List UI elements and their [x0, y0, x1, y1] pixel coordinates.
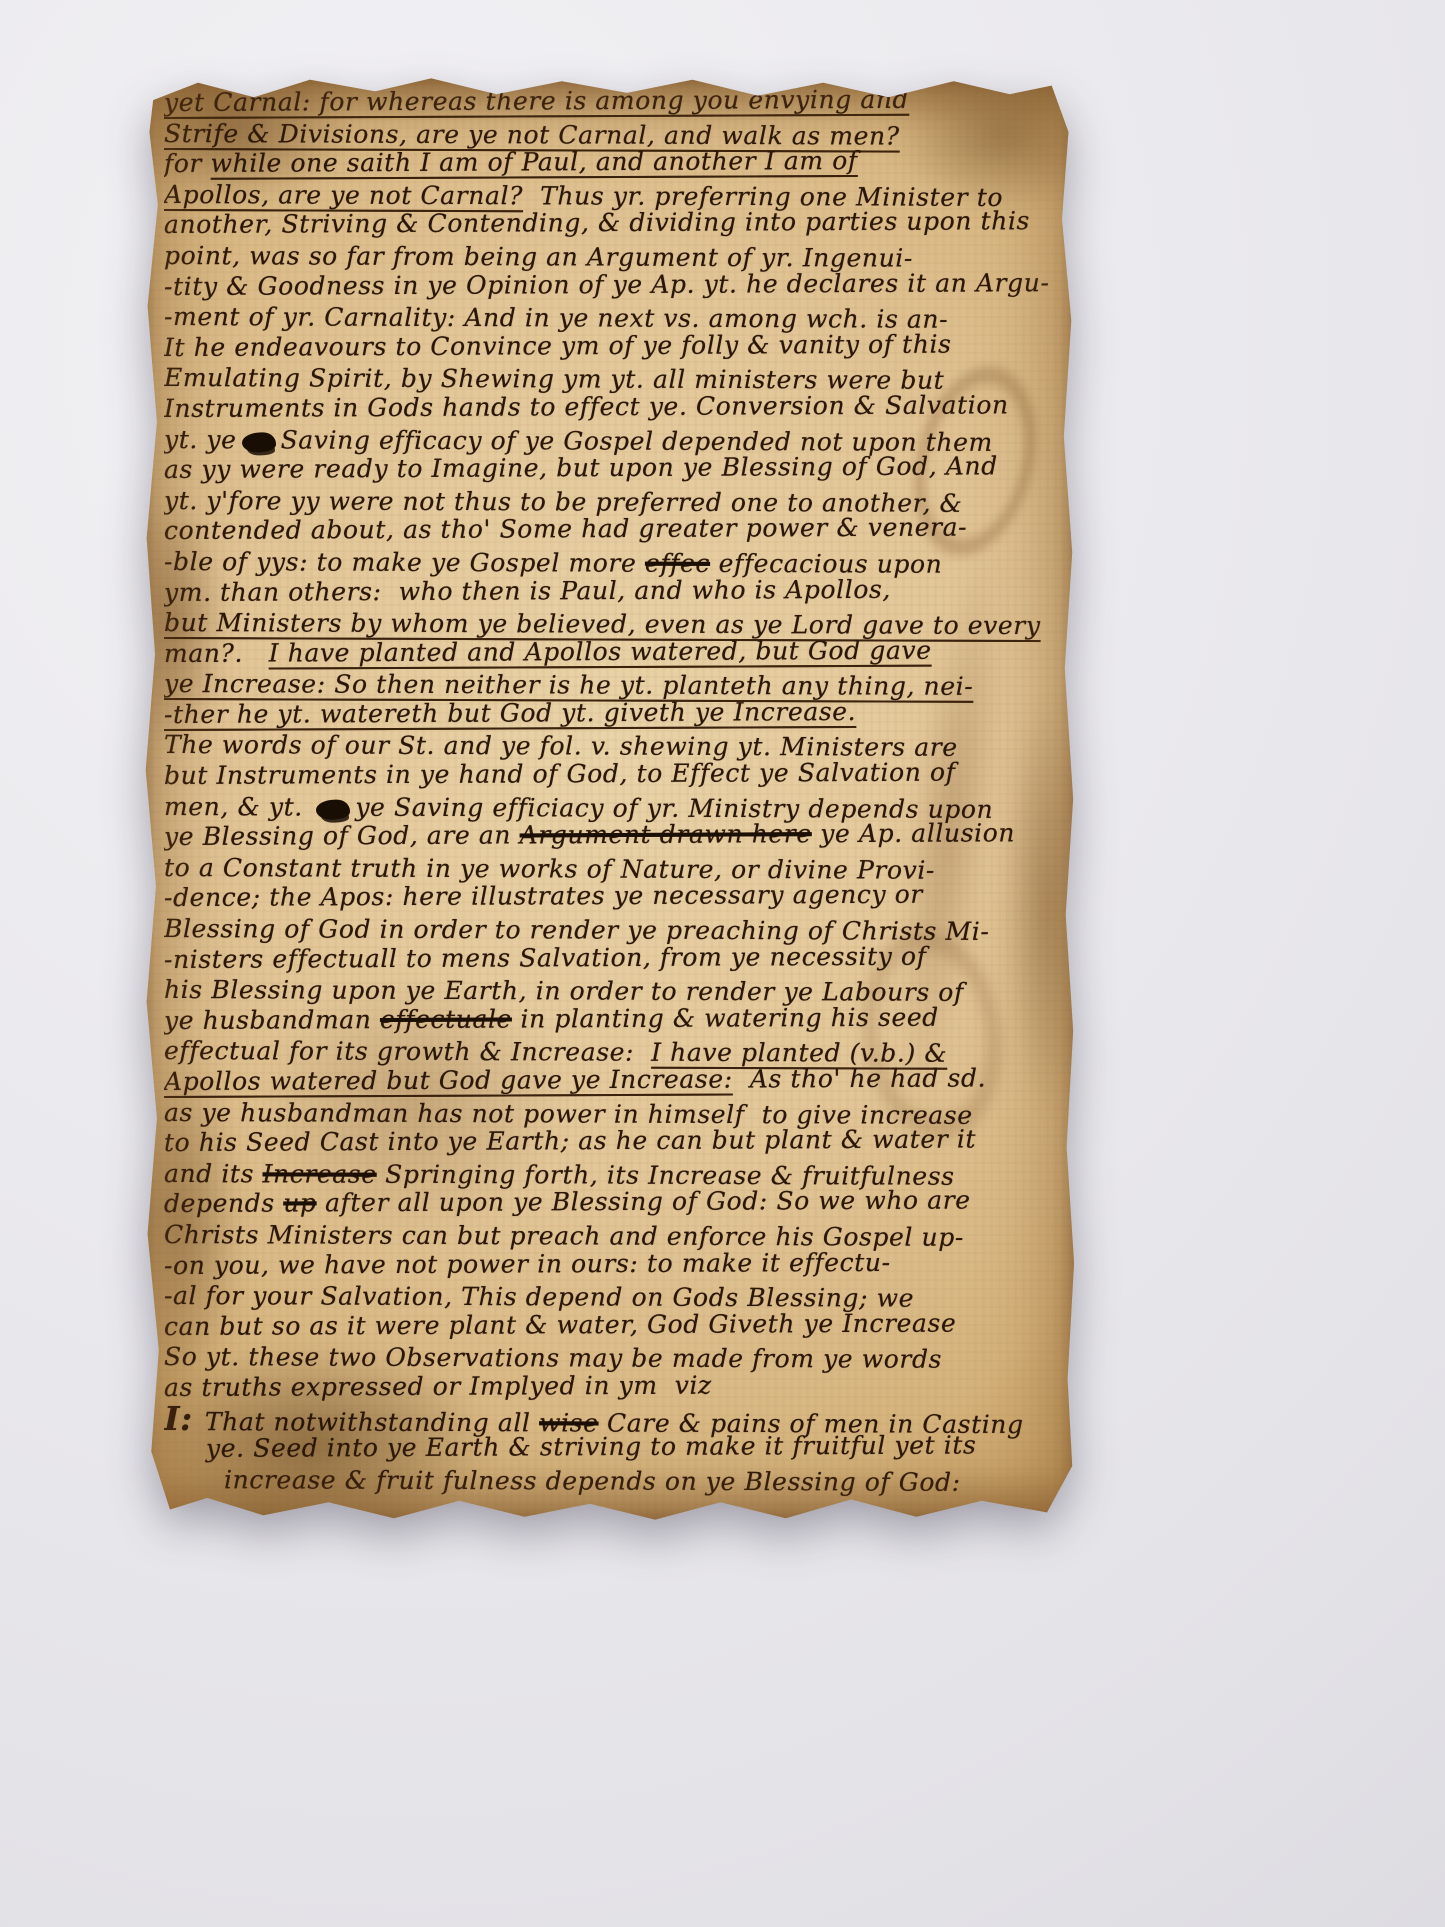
handwritten-segment: effec — [645, 549, 710, 578]
handwritten-segment: as yy were ready to Imagine, but upon ye… — [164, 451, 998, 484]
manuscript-line: yet Carnal: for whereas there is among y… — [164, 88, 1071, 119]
handwritten-segment: after all upon ye Blessing of God: So we… — [317, 1186, 971, 1218]
handwritten-segment: As tho' he had sd. — [733, 1063, 986, 1093]
handwritten-segment: increase & fruit fulness depends on ye B… — [224, 1465, 961, 1497]
manuscript-line: ye. Seed into ye Earth & striving to mak… — [164, 1430, 1071, 1465]
handwritten-segment: Apollos, are ye not Carnal? — [164, 180, 523, 210]
handwritten-segment: -al for your Salvation, This depend on G… — [164, 1281, 914, 1313]
manuscript-line: -ther he yt. watereth but God yt. giveth… — [164, 696, 1071, 731]
manuscript-line: but Instruments in ye hand of God, to Ef… — [164, 757, 1071, 792]
handwritten-segment: ye Ap. allusion — [812, 819, 1015, 849]
manuscript-page: yet Carnal: for whereas there is among y… — [142, 74, 1075, 1524]
handwritten-segment: and its — [164, 1159, 263, 1188]
manuscript-page-wrap: yet Carnal: for whereas there is among y… — [142, 74, 1075, 1524]
handwritten-segment: can but so as it were plant & water, God… — [164, 1308, 956, 1340]
handwritten-segment: in planting & watering his seed — [512, 1002, 939, 1033]
handwritten-segment: man?. — [164, 638, 269, 667]
handwritten-segment: to his Seed Cast into ye Earth; as he ca… — [164, 1125, 976, 1158]
manuscript-line: ye Blessing of God, are an Argument draw… — [164, 818, 1071, 853]
handwritten-segment: -ble of yys: to make ye Gospel more — [164, 547, 645, 578]
manuscript-line: ye husbandman effectuale in planting & w… — [164, 1002, 1071, 1037]
handwritten-segment: contended about, as tho' Some had greate… — [164, 513, 967, 546]
handwritten-segment: Apollos watered but God gave ye Increase… — [164, 1065, 733, 1096]
handwritten-segment: I: — [164, 1399, 205, 1438]
ink-blot-icon — [242, 431, 276, 451]
manuscript-line: to his Seed Cast into ye Earth; as he ca… — [164, 1124, 1071, 1159]
handwritten-segment: -on you, we have not power in ours: to m… — [164, 1247, 891, 1279]
handwritten-segment: Argument drawn here — [520, 819, 812, 849]
manuscript-line: can but so as it were plant & water, God… — [164, 1308, 1071, 1343]
ink-blot-icon — [316, 799, 350, 819]
photo-background: yet Carnal: for whereas there is among y… — [0, 0, 1445, 1927]
handwritten-segment: -nisters effectuall to mens Salvation, f… — [164, 941, 927, 973]
handwritten-segment: while one saith I am of Paul, and anothe… — [211, 146, 858, 178]
manuscript-line: -nisters effectuall to mens Salvation, f… — [164, 941, 1071, 976]
handwritten-segment: Increase — [263, 1159, 377, 1188]
manuscript-line: Instruments in Gods hands to effect ye. … — [164, 390, 1071, 425]
handwritten-segment: for — [164, 149, 211, 178]
handwritten-segment: ye Blessing of God, are an — [164, 821, 520, 852]
handwritten-segment: -ther he yt. watereth but God yt. giveth… — [164, 697, 856, 729]
handwritten-segment: It he endeavours to Convince ym of ye fo… — [164, 329, 952, 361]
manuscript-line: It he endeavours to Convince ym of ye fo… — [164, 329, 1071, 364]
handwritten-segment: I have planted and Apollos watered, but … — [269, 635, 932, 667]
handwritten-segment: ym. than others: who then is Paul, and w… — [164, 574, 891, 606]
manuscript-line: ym. than others: who then is Paul, and w… — [164, 574, 1071, 609]
manuscript-line: as yy were ready to Imagine, but upon ye… — [164, 451, 1071, 486]
handwritten-segment: as truths expressed or Implyed in ym viz — [164, 1371, 712, 1402]
manuscript-line: man?. I have planted and Apollos watered… — [164, 635, 1071, 670]
handwritten-segment: effectuale — [380, 1004, 512, 1034]
handwritten-segment: ye husbandman — [164, 1005, 380, 1035]
handwritten-segment: -dence; the Apos: here illustrates ye ne… — [164, 880, 923, 912]
handwritten-segment: but Instruments in ye hand of God, to Ef… — [164, 758, 956, 790]
manuscript-line: -dence; the Apos: here illustrates ye ne… — [164, 879, 1071, 914]
manuscript-line: -on you, we have not power in ours: to m… — [164, 1247, 1071, 1282]
manuscript-line: Apollos watered but God gave ye Increase… — [164, 1063, 1071, 1098]
manuscript-line: contended about, as tho' Some had greate… — [164, 512, 1071, 547]
manuscript-line: for while one saith I am of Paul, and an… — [164, 145, 1071, 180]
handwritten-segment: point, was so far from being an Argument… — [164, 241, 913, 273]
handwritten-segment: yt. ye — [164, 425, 237, 454]
manuscript-line: increase & fruit fulness depends on ye B… — [164, 1465, 1071, 1499]
manuscript-text: yet Carnal: for whereas there is among y… — [164, 88, 1071, 1516]
handwritten-segment: effectual for its growth & Increase: — [164, 1036, 651, 1067]
handwritten-segment: another, Striving & Contending, & dividi… — [164, 207, 1030, 240]
handwritten-segment: up — [283, 1189, 316, 1218]
handwritten-segment: Christs Ministers can but preach and enf… — [164, 1220, 964, 1252]
handwritten-segment: -tity & Goodness in ye Opinion of ye Ap.… — [164, 268, 1050, 301]
manuscript-line: as truths expressed or Implyed in ym viz — [164, 1369, 1071, 1404]
handwritten-segment: yet Carnal: for whereas there is among y… — [164, 88, 909, 117]
manuscript-line: another, Striving & Contending, & dividi… — [164, 206, 1071, 241]
handwritten-segment: Instruments in Gods hands to effect ye. … — [164, 390, 1009, 423]
manuscript-line: depends up after all upon ye Blessing of… — [164, 1185, 1071, 1220]
handwritten-segment: ye. Seed into ye Earth & striving to mak… — [206, 1431, 977, 1463]
handwritten-segment: depends — [164, 1189, 283, 1219]
handwritten-segment: men, & yt. — [164, 792, 311, 822]
manuscript-line: -tity & Goodness in ye Opinion of ye Ap.… — [164, 268, 1071, 303]
